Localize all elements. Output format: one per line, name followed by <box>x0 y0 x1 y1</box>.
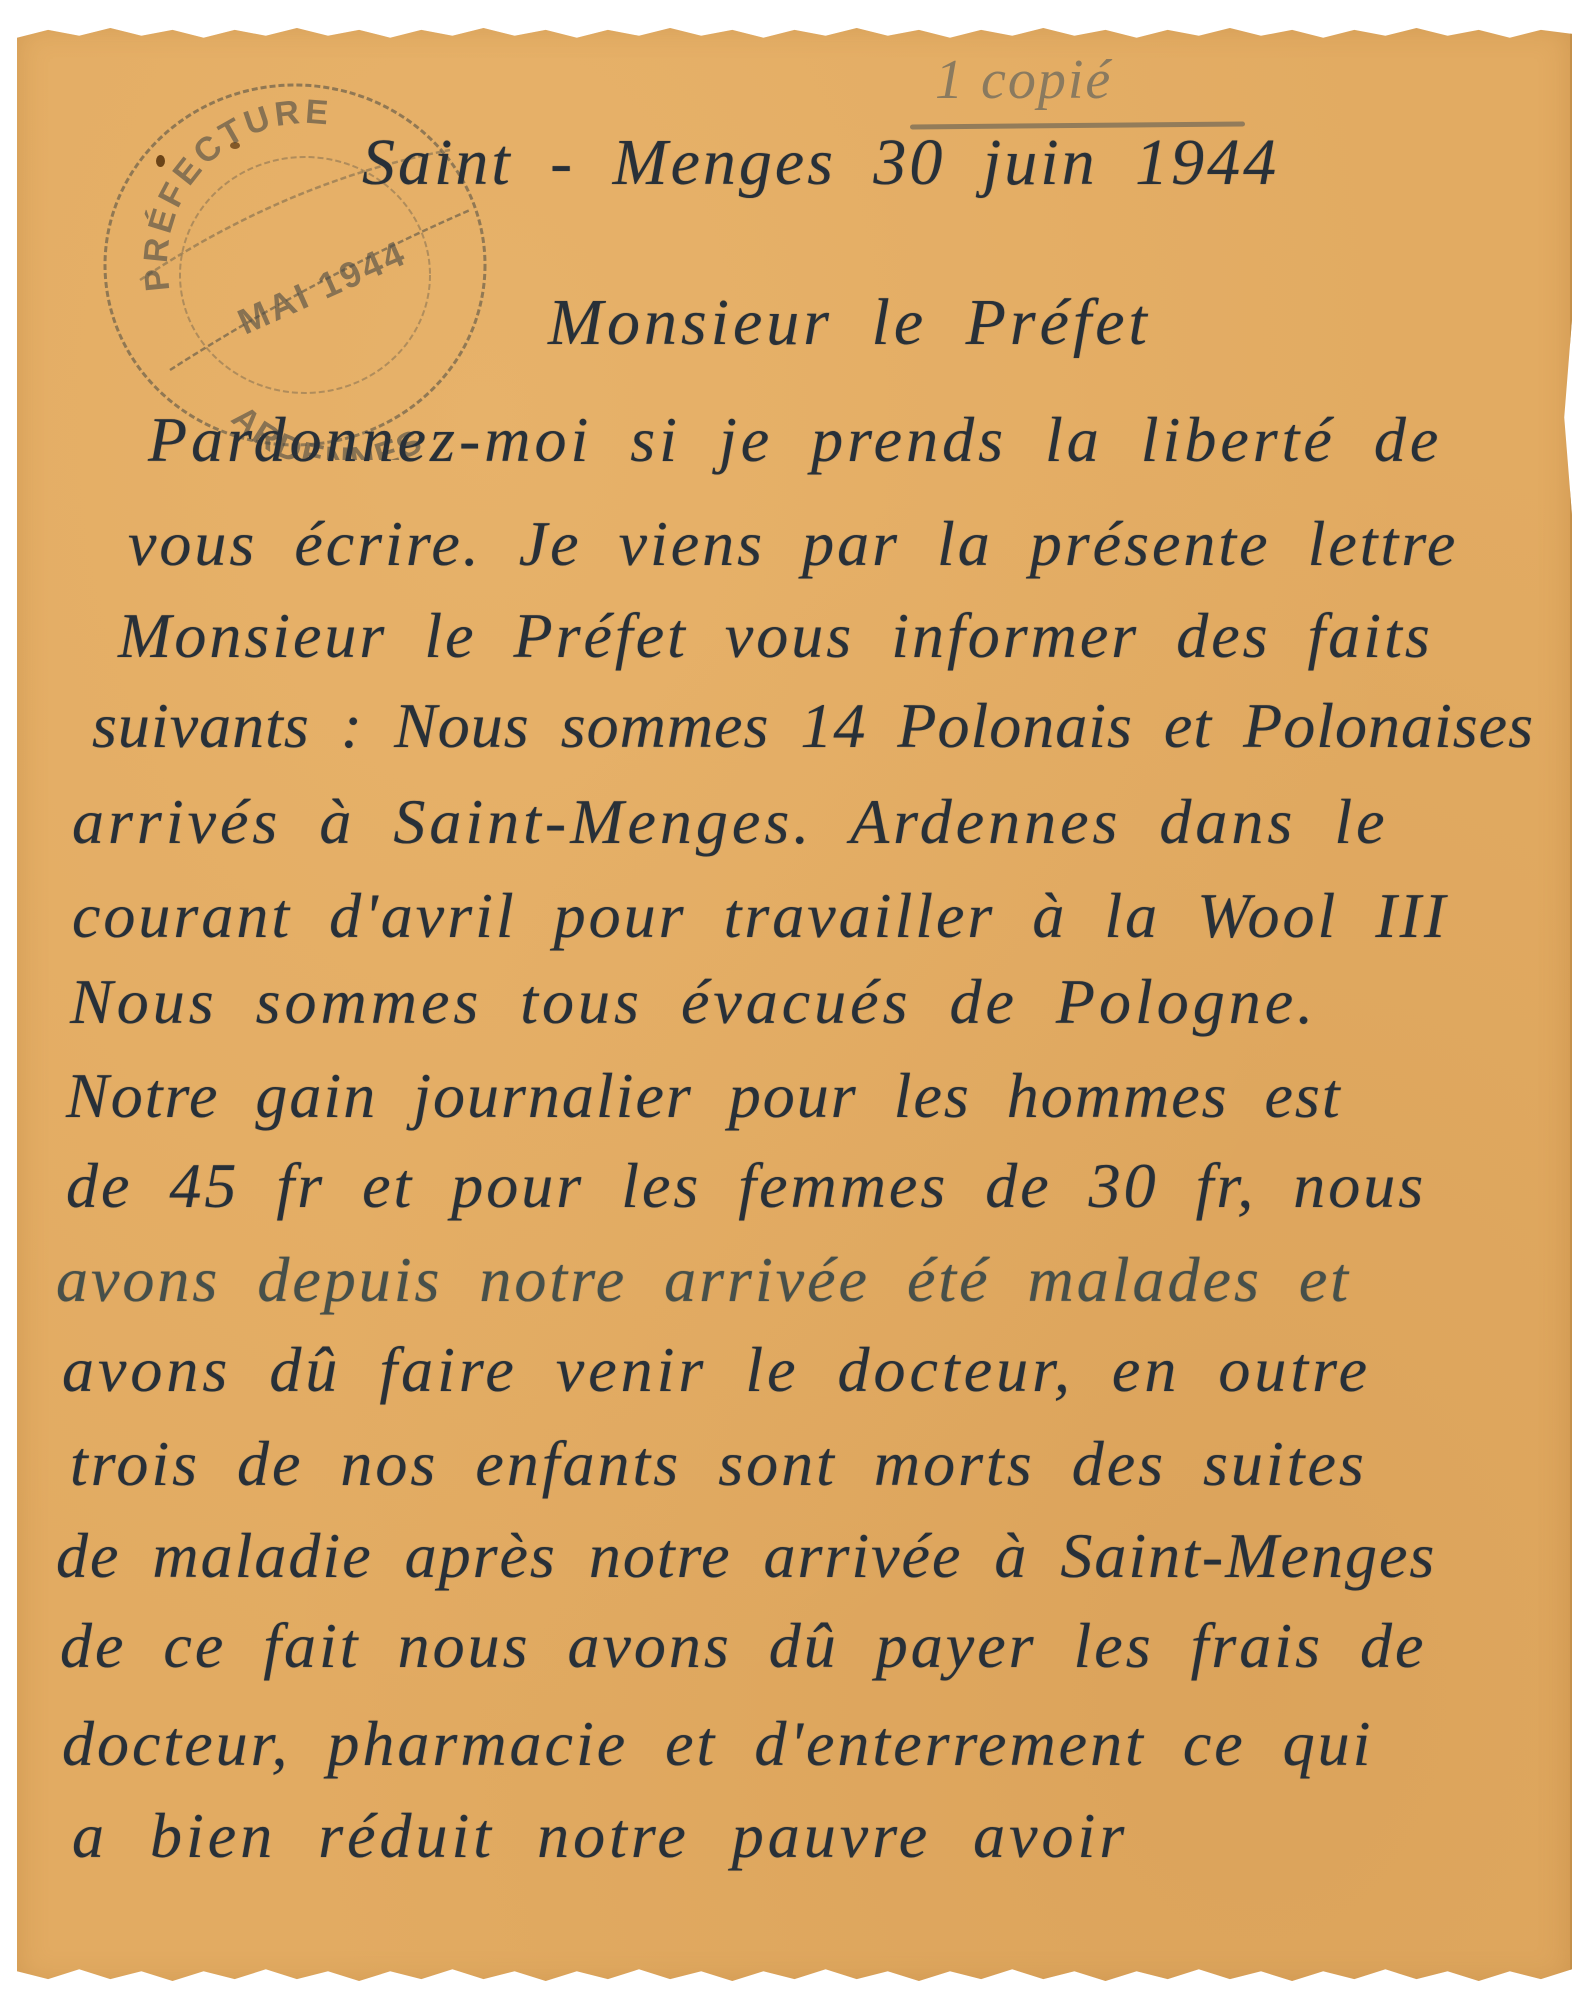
body-line: de 45 fr et pour les femmes de 30 fr, no… <box>66 1154 1426 1218</box>
stamp-top-text: PRÉFECTURE <box>137 93 334 293</box>
body-line: a bien réduit notre pauvre avoir <box>72 1804 1128 1868</box>
body-line: suivants : Nous sommes 14 Polonais et Po… <box>92 694 1534 758</box>
body-line: de ce fait nous avons dû payer les frais… <box>60 1614 1426 1678</box>
place-and-date: Saint - Menges 30 juin 1944 <box>362 130 1279 196</box>
body-line: Monsieur le Préfet vous informer des fai… <box>118 604 1433 668</box>
body-line: Nous sommes tous évacués de Pologne. <box>70 970 1317 1034</box>
body-line: vous écrire. Je viens par la présente le… <box>128 512 1458 576</box>
body-line: arrivés à Saint-Menges. Ardennes dans le <box>72 790 1389 854</box>
copy-annotation: 1 copié <box>935 48 1112 112</box>
salutation: Monsieur le Préfet <box>548 290 1151 356</box>
body-line: de maladie après notre arrivée à Saint-M… <box>56 1524 1436 1588</box>
body-line: courant d'avril pour travailler à la Woo… <box>72 884 1448 948</box>
stamp-date-text: MAI 1944 <box>232 232 413 343</box>
body-line: avons dû faire venir le docteur, en outr… <box>62 1338 1371 1402</box>
svg-text:PRÉFECTURE: PRÉFECTURE <box>137 93 334 293</box>
body-line: docteur, pharmacie et d'enterrement ce q… <box>62 1712 1373 1776</box>
body-line: Pardonnez-moi si je prends la liberté de <box>148 408 1442 472</box>
body-line: trois de nos enfants sont morts des suit… <box>70 1432 1367 1496</box>
body-line: avons depuis notre arrivée été malades e… <box>56 1248 1351 1312</box>
prefecture-postmark-stamp: PRÉFECTURE ARDENNES MAI 1944 <box>90 60 510 460</box>
body-line: Notre gain journalier pour les hommes es… <box>66 1064 1342 1128</box>
